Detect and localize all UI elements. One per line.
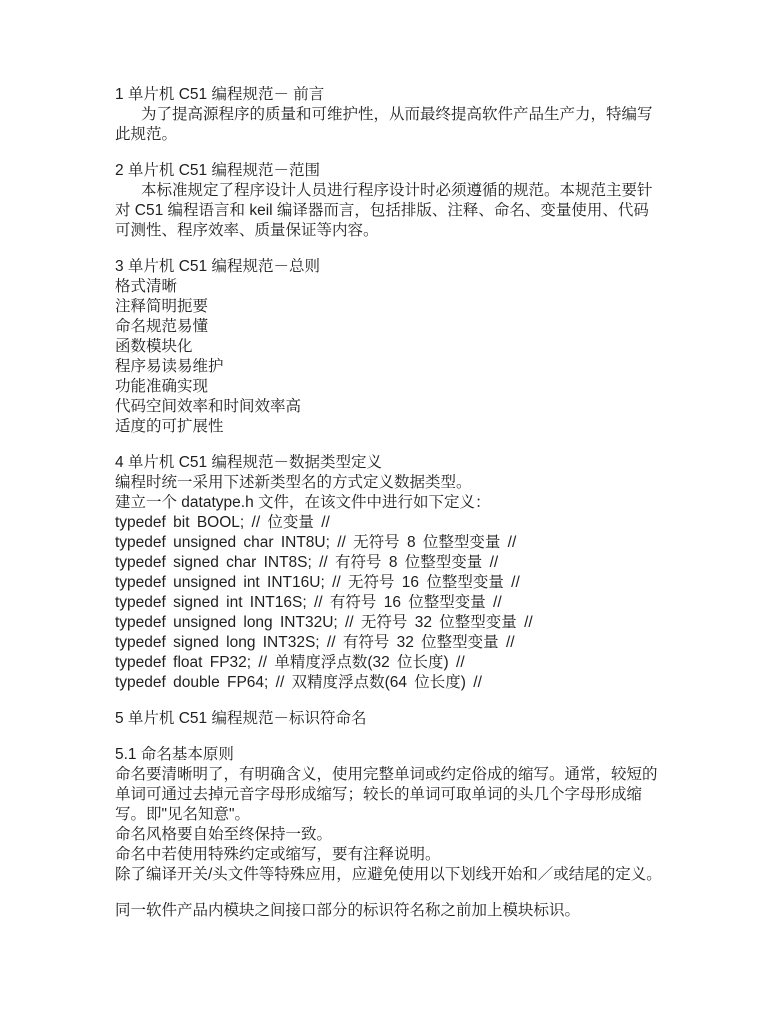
body-line: 写。即"见名知意"。 bbox=[115, 805, 672, 825]
section-general-principles: 3 单片机 C51 编程规范－总则 格式清晰 注释简明扼要 命名规范易懂 函数模… bbox=[115, 257, 672, 437]
typedef-line: typedef float FP32; // 单精度浮点数(32 位长度) // bbox=[115, 653, 672, 673]
typedef-line: typedef signed int INT16S; // 有符号 16 位整型… bbox=[115, 593, 672, 613]
body-line: 同一软件产品内模块之间接口部分的标识符名称之前加上模块标识。 bbox=[115, 901, 672, 921]
body-line: 命名中若使用特殊约定或缩写，要有注释说明。 bbox=[115, 845, 672, 865]
typedef-line: typedef signed long INT32S; // 有符号 32 位整… bbox=[115, 633, 672, 653]
body-line: 建立一个 datatype.h 文件，在该文件中进行如下定义： bbox=[115, 493, 672, 513]
principle-line: 程序易读易维护 bbox=[115, 357, 672, 377]
body-line: 编程时统一采用下述新类型名的方式定义数据类型。 bbox=[115, 473, 672, 493]
body-line: 为了提高源程序的质量和可维护性，从而最终提高软件产品生产力，特编写 bbox=[115, 105, 672, 125]
body-line: 命名要清晰明了，有明确含义，使用完整单词或约定俗成的缩写。通常，较短的 bbox=[115, 765, 672, 785]
principle-line: 适度的可扩展性 bbox=[115, 417, 672, 437]
typedef-line: typedef unsigned int INT16U; // 无符号 16 位… bbox=[115, 573, 672, 593]
section-heading: 4 单片机 C51 编程规范－数据类型定义 bbox=[115, 453, 672, 473]
section-module-identifier-note: 同一软件产品内模块之间接口部分的标识符名称之前加上模块标识。 bbox=[115, 901, 672, 921]
body-line: 单词可通过去掉元音字母形成缩写；较长的单词可取单词的头几个字母形成缩 bbox=[115, 785, 672, 805]
principle-line: 函数模块化 bbox=[115, 337, 672, 357]
section-heading: 1 单片机 C51 编程规范－ 前言 bbox=[115, 85, 672, 105]
principle-line: 功能准确实现 bbox=[115, 377, 672, 397]
section-heading: 5 单片机 C51 编程规范－标识符命名 bbox=[115, 709, 672, 729]
body-line: 此规范。 bbox=[115, 125, 672, 145]
principle-line: 格式清晰 bbox=[115, 277, 672, 297]
typedef-line: typedef double FP64; // 双精度浮点数(64 位长度) /… bbox=[115, 673, 672, 693]
typedef-line: typedef signed char INT8S; // 有符号 8 位整型变… bbox=[115, 553, 672, 573]
section-identifier-naming: 5 单片机 C51 编程规范－标识符命名 bbox=[115, 709, 672, 729]
principle-line: 命名规范易懂 bbox=[115, 317, 672, 337]
typedef-line: typedef unsigned char INT8U; // 无符号 8 位整… bbox=[115, 533, 672, 553]
section-foreword: 1 单片机 C51 编程规范－ 前言 为了提高源程序的质量和可维护性，从而最终提… bbox=[115, 85, 672, 145]
body-line: 对 C51 编程语言和 keil 编译器而言，包括排版、注释、命名、变量使用、代… bbox=[115, 201, 672, 221]
section-data-type-definitions: 4 单片机 C51 编程规范－数据类型定义 编程时统一采用下述新类型名的方式定义… bbox=[115, 453, 672, 693]
section-naming-basic-principles: 5.1 命名基本原则 命名要清晰明了，有明确含义，使用完整单词或约定俗成的缩写。… bbox=[115, 745, 672, 885]
subsection-heading: 5.1 命名基本原则 bbox=[115, 745, 672, 765]
typedef-line: typedef bit BOOL; // 位变量 // bbox=[115, 513, 672, 533]
principle-line: 注释简明扼要 bbox=[115, 297, 672, 317]
section-heading: 2 单片机 C51 编程规范－范围 bbox=[115, 161, 672, 181]
body-line: 本标准规定了程序设计人员进行程序设计时必须遵循的规范。本规范主要针 bbox=[115, 181, 672, 201]
body-line: 可测性、程序效率、质量保证等内容。 bbox=[115, 221, 672, 241]
body-line: 命名风格要自始至终保持一致。 bbox=[115, 825, 672, 845]
section-scope: 2 单片机 C51 编程规范－范围 本标准规定了程序设计人员进行程序设计时必须遵… bbox=[115, 161, 672, 241]
section-heading: 3 单片机 C51 编程规范－总则 bbox=[115, 257, 672, 277]
principle-line: 代码空间效率和时间效率高 bbox=[115, 397, 672, 417]
body-line: 除了编译开关/头文件等特殊应用，应避免使用以下划线开始和／或结尾的定义。 bbox=[115, 865, 672, 885]
document-page: 1 单片机 C51 编程规范－ 前言 为了提高源程序的质量和可维护性，从而最终提… bbox=[0, 0, 768, 1024]
typedef-line: typedef unsigned long INT32U; // 无符号 32 … bbox=[115, 613, 672, 633]
